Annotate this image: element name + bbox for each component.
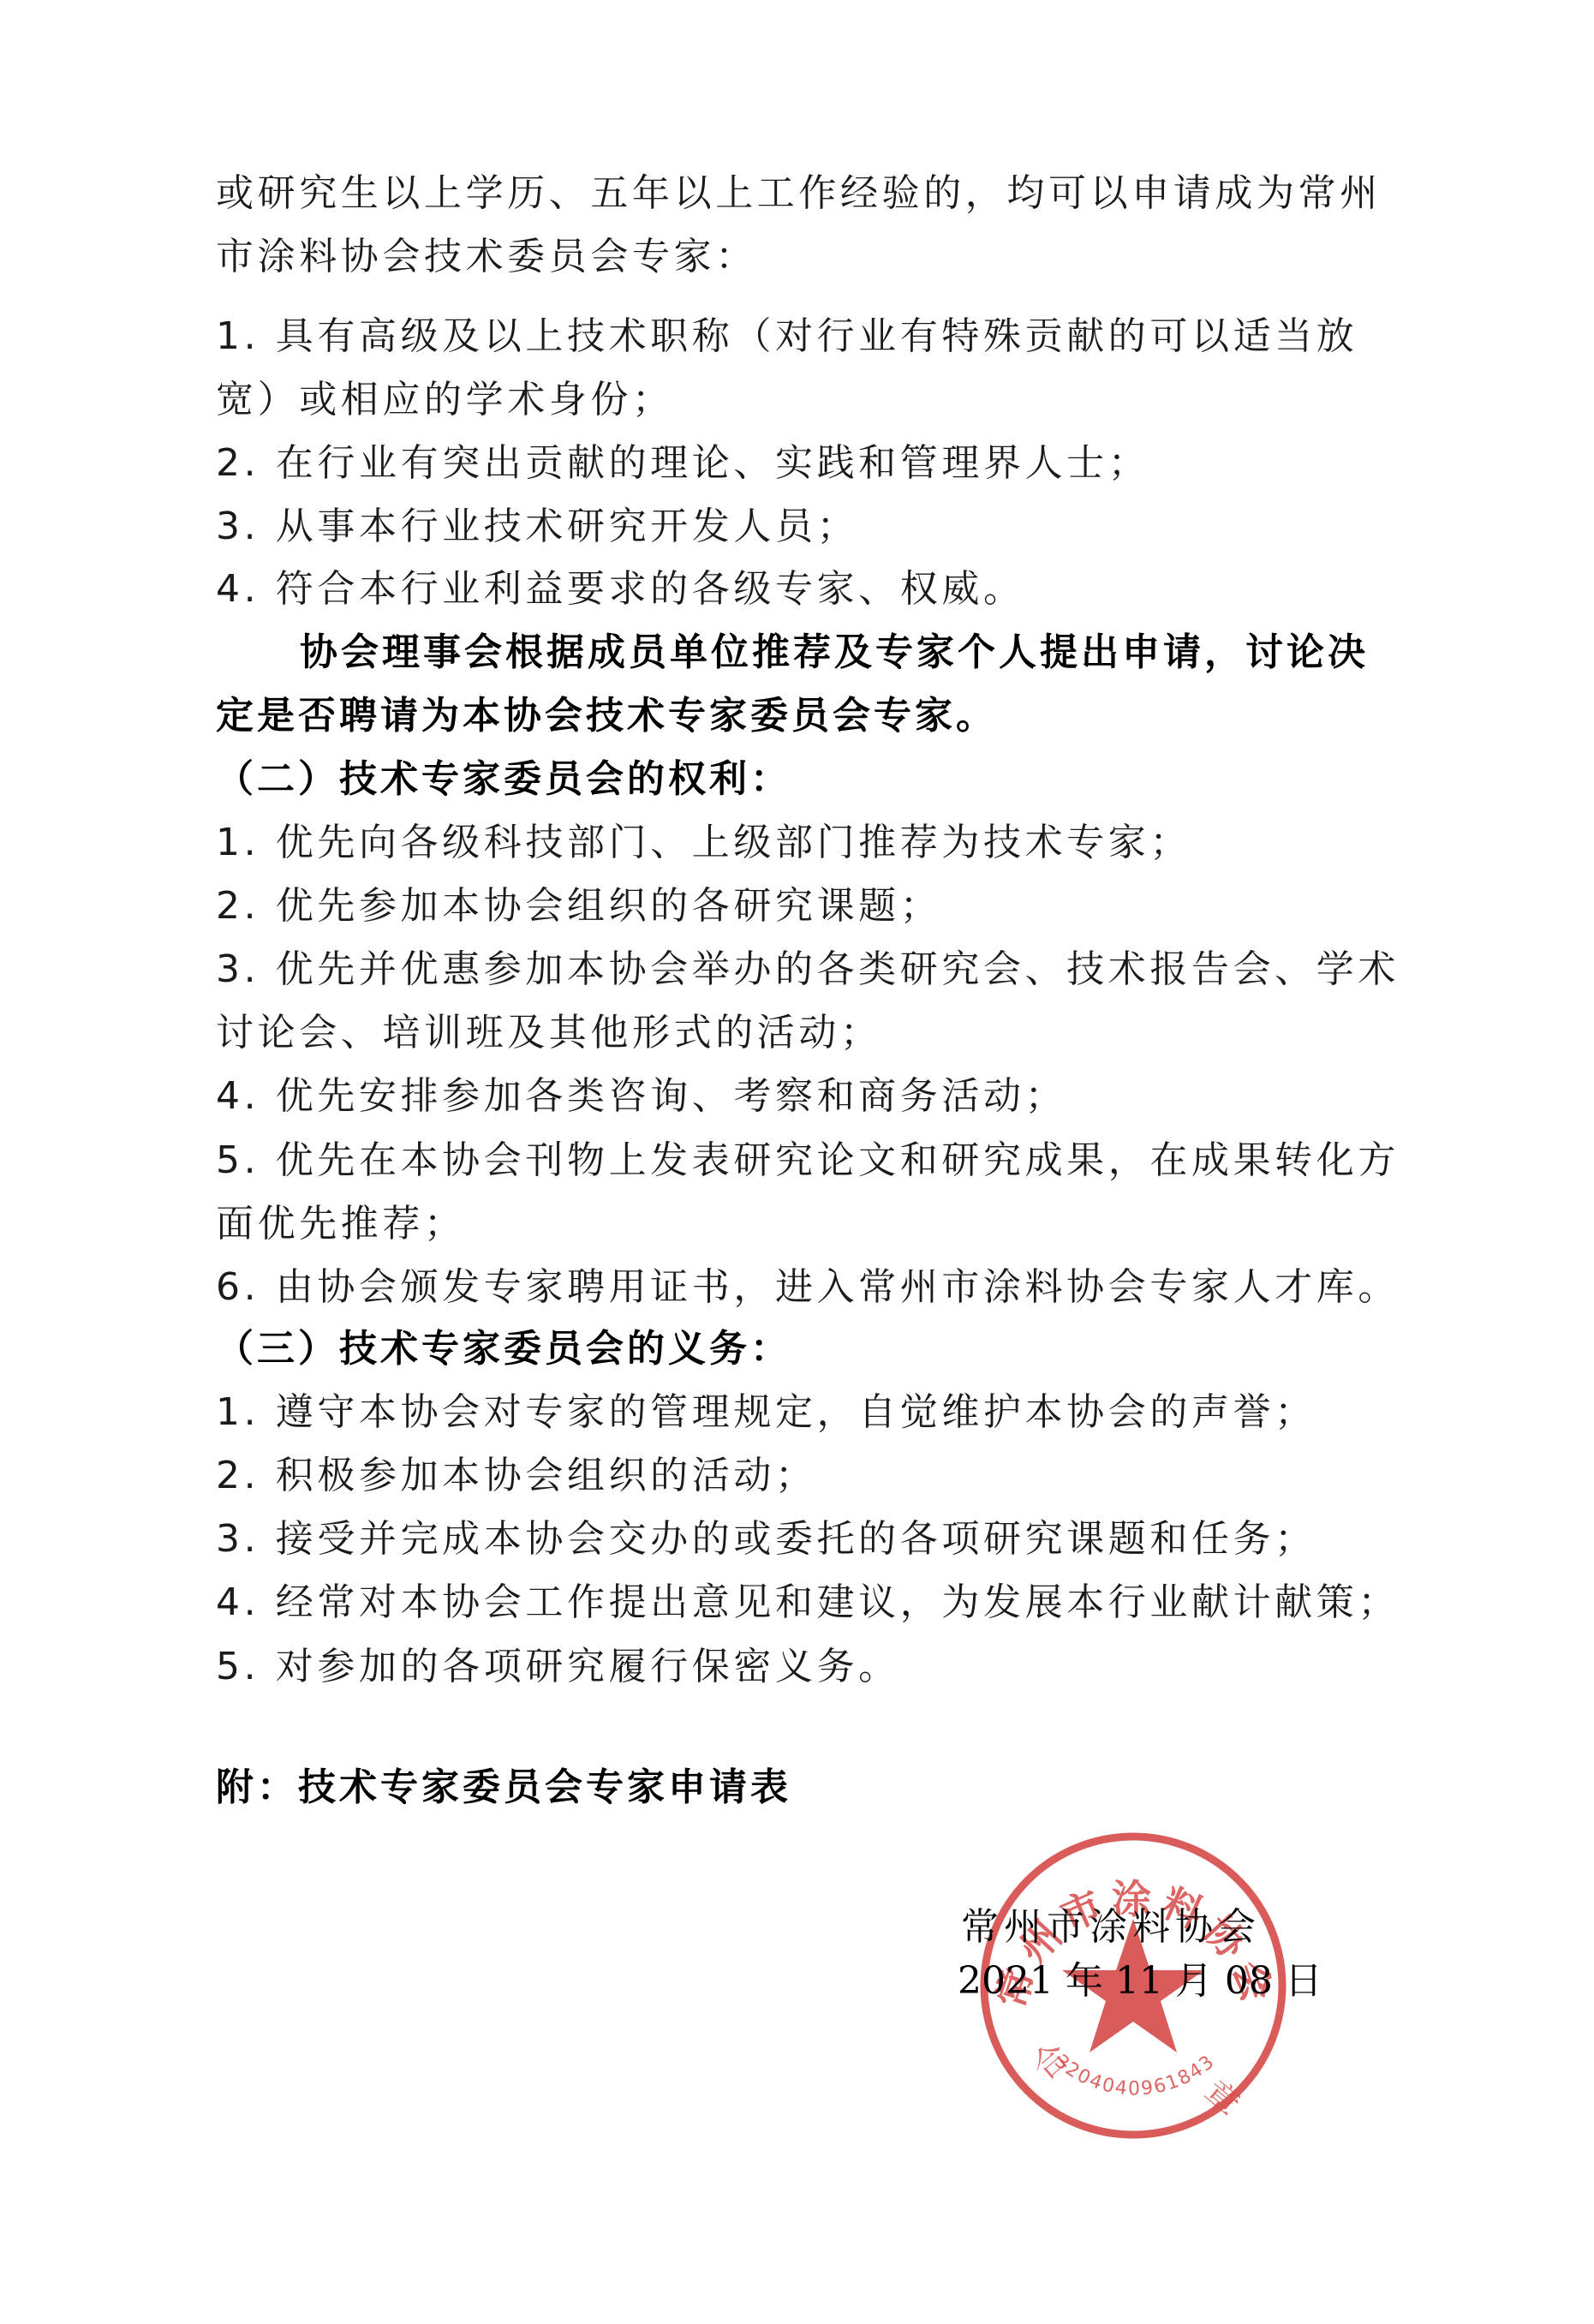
list-item-qualification-2: 2. 在行业有突出贡献的理论、实践和管理界人士；	[216, 438, 1149, 489]
list-item-right-5-cont: 面优先推荐；	[216, 1198, 466, 1250]
svg-text:3204040961843: 3204040961843	[1050, 2051, 1219, 2100]
list-item-duty-4: 4. 经常对本协会工作提出意见和建议，为发展本行业献计献策；	[216, 1577, 1400, 1628]
list-item-duty-5: 5. 对参加的各项研究履行保密义务。	[216, 1641, 900, 1693]
list-item-right-3-cont: 讨论会、培训班及其他形式的活动；	[216, 1007, 882, 1059]
list-item-qualification-4: 4. 符合本行业利益要求的各级专家、权威。	[216, 564, 1025, 615]
document-page: 或研究生以上学历、五年以上工作经验的，均可以申请成为常州 市涂料协会技术委员会专…	[0, 0, 1594, 2324]
list-item-right-5: 5. 优先在本协会刊物上发表研究论文和研究成果，在成果转化方	[216, 1135, 1400, 1186]
paragraph-line-1: 或研究生以上学历、五年以上工作经验的，均可以申请成为常州	[216, 168, 1382, 219]
list-item-right-4: 4. 优先安排参加各类咨询、考察和商务活动；	[216, 1071, 1066, 1122]
signature-date: 2021 年 11 月 08 日	[958, 1957, 1322, 2005]
list-item-right-1: 1. 优先向各级科技部门、上级部门推荐为技术专家；	[216, 817, 1191, 869]
list-item-right-6: 6. 由协会颁发专家聘用证书，进入常州市涂料协会专家人才库。	[216, 1262, 1400, 1313]
list-item-duty-3: 3. 接受并完成本协会交办的或委托的各项研究课题和任务；	[216, 1514, 1316, 1565]
paragraph-line-2: 市涂料协会技术委员会专家：	[216, 231, 757, 283]
attachment-heading: 附：技术专家委员会专家申请表	[216, 1762, 791, 1813]
bold-paragraph-line-1: 协会理事会根据成员单位推荐及专家个人提出申请，讨论决	[300, 627, 1369, 678]
section-heading-duties: （三）技术专家委员会的义务：	[216, 1323, 791, 1375]
list-item-duty-2: 2. 积极参加本协会组织的活动；	[216, 1450, 817, 1502]
section-heading-rights: （二）技术专家委员会的权利：	[216, 754, 791, 805]
bold-paragraph-line-2: 定是否聘请为本协会技术专家委员会专家。	[216, 690, 997, 742]
list-item-qualification-3: 3. 从事本行业技术研究开发人员；	[216, 501, 858, 553]
list-item-right-2: 2. 优先参加本协会组织的各研究课题；	[216, 881, 941, 932]
list-item-qualification-1-cont: 宽）或相应的学术身份；	[216, 374, 674, 426]
list-item-qualification-1: 1. 具有高级及以上技术职称（对行业有特殊贡献的可以适当放	[216, 311, 1358, 362]
list-item-right-3: 3. 优先并优惠参加本协会举办的各类研究会、技术报告会、学术	[216, 944, 1400, 995]
list-item-duty-1: 1. 遵守本协会对专家的管理规定，自觉维护本协会的声誉；	[216, 1387, 1316, 1438]
signature-organization: 常州市涂料协会	[961, 1903, 1261, 1951]
